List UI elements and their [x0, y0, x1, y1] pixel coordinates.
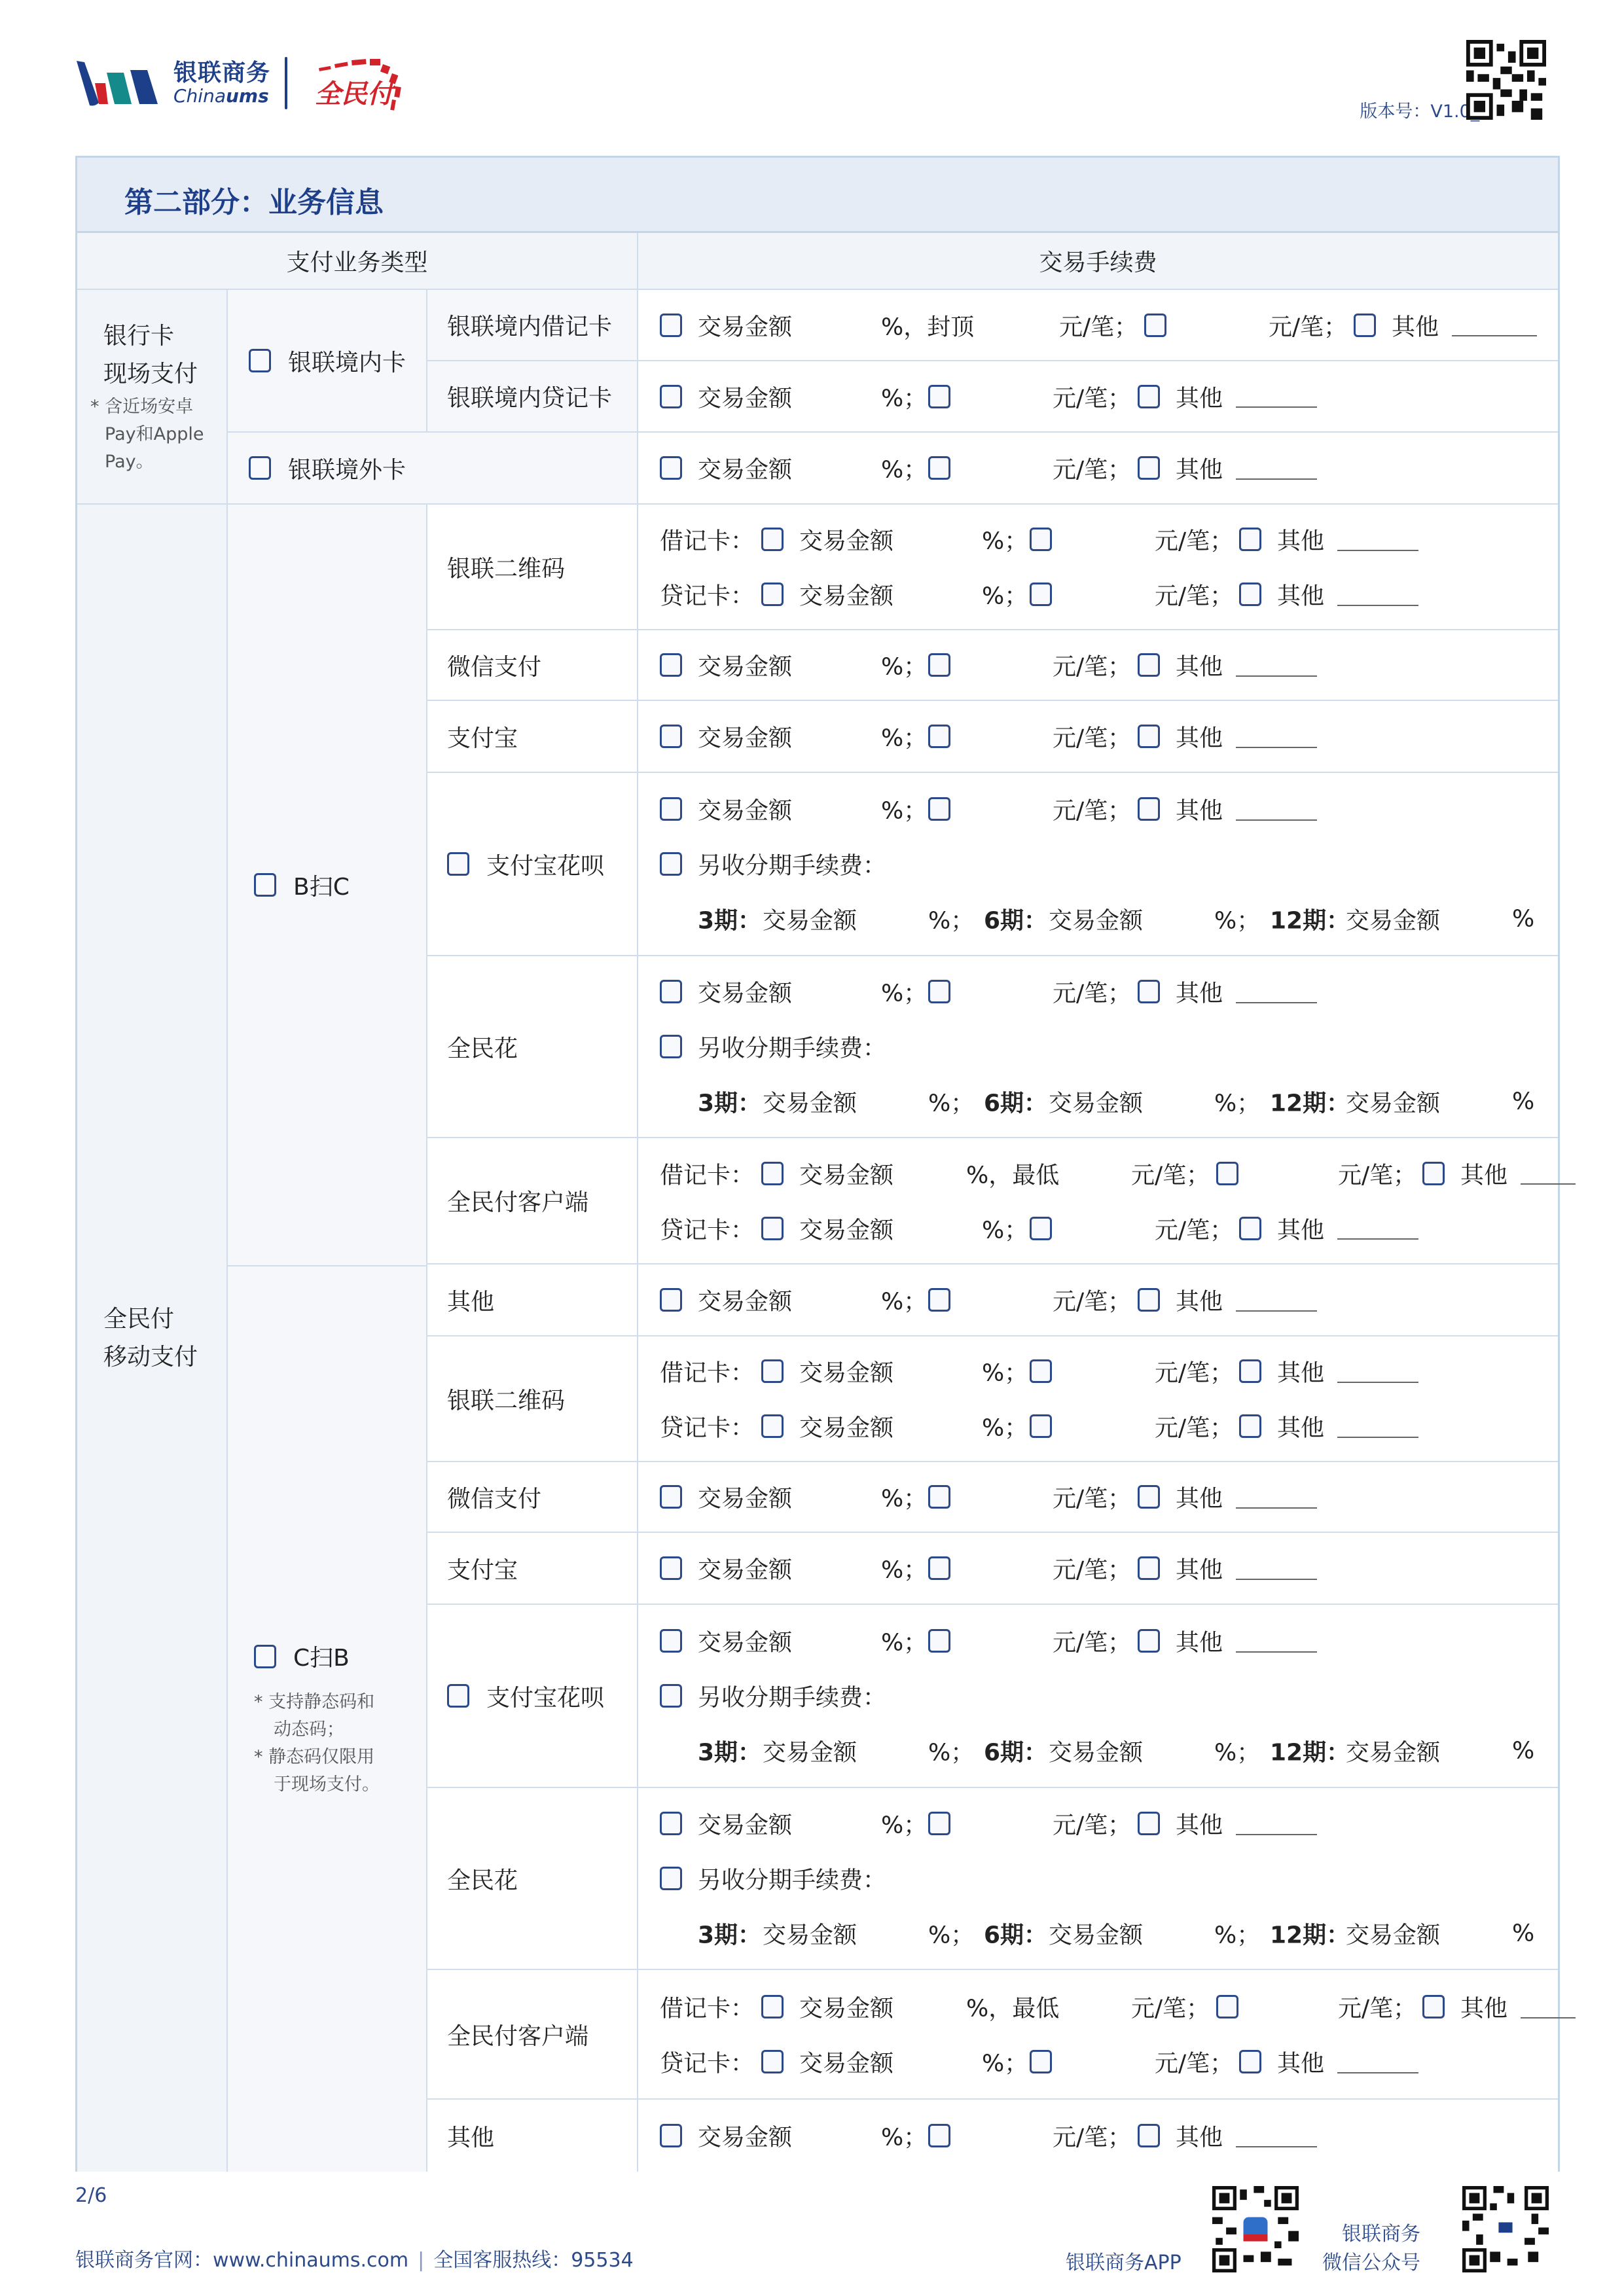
- fee-rate-checkbox[interactable]: [660, 797, 682, 821]
- c2b-quanminfu-app: 全民付客户端: [427, 1970, 638, 2100]
- fee-rate-checkbox[interactable]: [761, 1217, 784, 1240]
- fee-b2c-alipay-huabei: 交易金额 %； 元/笔； 其他 另收分期手续费： 3期： 交易金额 %； 6期：…: [638, 773, 1558, 956]
- c-scan-b-notes: * 支持静态码和 动态码； * 静态码仅限用 于现场支付。: [254, 1689, 380, 1799]
- category-bank-card: 银行卡 现场支付 * 含近场安卓Pay和ApplePay。: [77, 290, 228, 505]
- fee-rate-checkbox[interactable]: [761, 583, 784, 606]
- fee-other-checkbox[interactable]: [1422, 1995, 1445, 2018]
- other-blank[interactable]: [1337, 1382, 1418, 1383]
- fee-foreign-card: 交易金额 %； 元/笔； 其他: [638, 433, 1558, 505]
- fee-fixed-checkbox[interactable]: [928, 797, 950, 821]
- b2c-unionpay-qr: 银联二维码: [427, 505, 638, 630]
- other-blank[interactable]: [1521, 1183, 1576, 1185]
- fee-fixed-checkbox[interactable]: [1030, 1217, 1052, 1240]
- fee-fixed-checkbox[interactable]: [928, 980, 950, 1003]
- other-blank[interactable]: [1236, 1310, 1317, 1312]
- b2c-alipay: 支付宝: [427, 701, 638, 773]
- fee-rate-checkbox[interactable]: [660, 1812, 682, 1835]
- fee-other-checkbox[interactable]: [1239, 528, 1261, 551]
- fee-c2b-other: 交易金额 %； 元/笔； 其他: [638, 2100, 1558, 2172]
- c2b-alipay: 支付宝: [427, 1533, 638, 1605]
- fee-b2c-quanminfu-app: 借记卡： 交易金额 %，最低 元/笔； 元/笔； 其他 贷记卡： 交易金额 %；…: [638, 1138, 1558, 1265]
- fee-rate-checkbox[interactable]: [761, 1162, 784, 1185]
- fee-fixed-checkbox[interactable]: [928, 1288, 950, 1312]
- other-blank[interactable]: [1236, 1834, 1317, 1835]
- hotline: 全国客服热线：95534: [433, 2249, 633, 2272]
- website-link[interactable]: 银联商务官网：www.chinaums.com: [75, 2249, 408, 2272]
- b2c-other: 其他: [427, 1265, 638, 1336]
- fee-other-checkbox[interactable]: [1239, 583, 1261, 606]
- other-blank[interactable]: [1337, 2072, 1418, 2073]
- fee-other-checkbox[interactable]: [1239, 1359, 1261, 1383]
- fee-c2b-alipay: 交易金额 %； 元/笔； 其他: [638, 1533, 1558, 1605]
- installment-checkbox[interactable]: [660, 852, 682, 876]
- c2b-other: 其他: [427, 2100, 638, 2172]
- installment-checkbox[interactable]: [660, 1035, 682, 1058]
- other-blank[interactable]: [1236, 2146, 1317, 2147]
- fee-fixed-checkbox[interactable]: [928, 456, 950, 480]
- c2b-unionpay-qr: 银联二维码: [427, 1336, 638, 1462]
- fee-b2c-alipay: 交易金额 %； 元/笔； 其他: [638, 701, 1558, 773]
- fee-other-checkbox[interactable]: [1138, 1556, 1160, 1580]
- fee-rate-checkbox[interactable]: [660, 653, 682, 677]
- fee-fixed-checkbox[interactable]: [1030, 2050, 1052, 2073]
- installment-checkbox[interactable]: [660, 1684, 682, 1708]
- fee-fixed-checkbox[interactable]: [1216, 1995, 1238, 2018]
- other-blank[interactable]: [1236, 1002, 1317, 1003]
- option-c-scan-b[interactable]: C扫B * 支持静态码和 动态码； * 静态码仅限用 于现场支付。: [228, 1266, 427, 2172]
- other-blank[interactable]: [1236, 675, 1317, 677]
- fee-rate-checkbox[interactable]: [761, 1995, 784, 2018]
- fee-rate-checkbox[interactable]: [660, 1288, 682, 1312]
- other-blank[interactable]: [1236, 406, 1317, 408]
- brand-name-en: Chinaums: [173, 86, 270, 106]
- installment-checkbox[interactable]: [660, 1867, 682, 1890]
- fee-c2b-quanminhua: 交易金额 %； 元/笔； 其他 另收分期手续费： 3期： 交易金额 %； 6期：…: [638, 1788, 1558, 1970]
- fee-fixed-checkbox[interactable]: [928, 1812, 950, 1835]
- fee-other-checkbox[interactable]: [1422, 1162, 1445, 1185]
- fee-rate-checkbox[interactable]: [660, 1629, 682, 1653]
- fee-fixed-checkbox[interactable]: [1216, 1162, 1238, 1185]
- fee-domestic-debit: 交易金额 %，封顶 元/笔； 元/笔； 其他: [638, 290, 1558, 361]
- qr-code-icon: [1466, 39, 1546, 120]
- fee-c2b-wechat-pay: 交易金额 %； 元/笔； 其他: [638, 1462, 1558, 1533]
- checkbox[interactable]: [447, 852, 469, 876]
- label-domestic-debit: 银联境内借记卡: [427, 290, 638, 361]
- fee-rate-checkbox[interactable]: [660, 456, 682, 480]
- fee-rate-checkbox[interactable]: [761, 2050, 784, 2073]
- fee-rate-checkbox[interactable]: [761, 1414, 784, 1438]
- fee-b2c-other: 交易金额 %； 元/笔； 其他: [638, 1265, 1558, 1336]
- fee-fixed-checkbox[interactable]: [1030, 1359, 1052, 1383]
- fee-rate-checkbox[interactable]: [660, 314, 682, 337]
- footer-contact: 银联商务官网：www.chinaums.com|全国客服热线：95534: [75, 2244, 634, 2272]
- column-header-fee: 交易手续费: [638, 233, 1558, 290]
- other-blank[interactable]: [1337, 605, 1418, 606]
- fee-fixed-checkbox[interactable]: [928, 1629, 950, 1653]
- section-title-bar: 第二部分：业务信息: [77, 158, 1558, 233]
- fee-other-checkbox[interactable]: [1138, 385, 1160, 408]
- fee-c2b-alipay-huabei: 交易金额 %； 元/笔； 其他 另收分期手续费： 3期： 交易金额 %； 6期：…: [638, 1605, 1558, 1788]
- checkbox[interactable]: [447, 1684, 469, 1708]
- chinaums-logo: 银联商务 Chinaums 全民付: [75, 54, 430, 113]
- fee-rate-checkbox[interactable]: [761, 528, 784, 551]
- fee-other-checkbox[interactable]: [1138, 1812, 1160, 1835]
- other-blank[interactable]: [1337, 1238, 1418, 1240]
- c2b-quanminhua: 全民花: [427, 1788, 638, 1970]
- checkbox[interactable]: [249, 456, 271, 480]
- product-name: 全民付: [315, 73, 393, 111]
- fee-fixed-checkbox[interactable]: [1030, 528, 1052, 551]
- app-label: 银联商务APP: [1066, 2246, 1182, 2275]
- fee-other-checkbox[interactable]: [1138, 1629, 1160, 1653]
- fee-other-checkbox[interactable]: [1239, 1217, 1261, 1240]
- checkbox[interactable]: [254, 1645, 276, 1668]
- section-title: 第二部分：业务信息: [124, 179, 384, 221]
- category-mobile-payment: 全民付 移动支付: [77, 505, 228, 2172]
- b2c-alipay-huabei[interactable]: 支付宝花呗: [427, 773, 638, 956]
- fee-fixed-checkbox[interactable]: [1030, 583, 1052, 606]
- fee-other-checkbox[interactable]: [1138, 1288, 1160, 1312]
- b2c-wechat-pay: 微信支付: [427, 630, 638, 701]
- option-foreign-card[interactable]: 银联境外卡: [228, 433, 638, 505]
- fee-rate-checkbox[interactable]: [660, 385, 682, 408]
- b2c-quanminhua: 全民花: [427, 956, 638, 1138]
- other-blank[interactable]: [1337, 1437, 1418, 1438]
- other-blank[interactable]: [1236, 1651, 1317, 1653]
- c2b-wechat-pay: 微信支付: [427, 1462, 638, 1533]
- label-domestic-credit: 银联境内贷记卡: [427, 361, 638, 433]
- app-qr-code-icon: [1212, 2186, 1299, 2272]
- fee-rate-checkbox[interactable]: [660, 2124, 682, 2147]
- quanminfu-logo: 全民付: [306, 54, 430, 113]
- b2c-quanminfu-app: 全民付客户端: [427, 1138, 638, 1265]
- fee-other-checkbox[interactable]: [1239, 1414, 1261, 1438]
- other-blank[interactable]: [1236, 478, 1317, 480]
- fee-c2b-quanminfu-app: 借记卡： 交易金额 %，最低 元/笔； 元/笔； 其他 贷记卡： 交易金额 %；…: [638, 1970, 1558, 2100]
- fee-rate-checkbox[interactable]: [660, 725, 682, 748]
- fee-b2c-quanminhua: 交易金额 %； 元/笔； 其他 另收分期手续费： 3期： 交易金额 %； 6期：…: [638, 956, 1558, 1138]
- fee-fixed-checkbox[interactable]: [928, 385, 950, 408]
- fee-b2c-unionpay-qr: 借记卡： 交易金额 %； 元/笔； 其他 贷记卡： 交易金额 %； 元/笔； 其…: [638, 505, 1558, 630]
- other-blank[interactable]: [1337, 550, 1418, 551]
- page-number: 2/6: [75, 2184, 107, 2207]
- fee-other-checkbox[interactable]: [1138, 2124, 1160, 2147]
- fee-fixed-checkbox[interactable]: [1030, 1414, 1052, 1438]
- fee-other-checkbox[interactable]: [1138, 653, 1160, 677]
- option-domestic-card[interactable]: 银联境内卡: [228, 290, 427, 433]
- wechat-label: 银联商务 微信公众号: [1322, 2220, 1420, 2278]
- fee-rate-checkbox[interactable]: [660, 1485, 682, 1509]
- fee-rate-checkbox[interactable]: [660, 1556, 682, 1580]
- option-b-scan-c[interactable]: B扫C: [228, 505, 427, 1266]
- fee-c2b-unionpay-qr: 借记卡： 交易金额 %； 元/笔； 其他 贷记卡： 交易金额 %； 元/笔； 其…: [638, 1336, 1558, 1462]
- other-blank[interactable]: [1236, 1579, 1317, 1580]
- other-blank[interactable]: [1452, 335, 1537, 336]
- chinaums-logo-mark-icon: [75, 57, 167, 109]
- c2b-alipay-huabei[interactable]: 支付宝花呗: [427, 1605, 638, 1788]
- checkbox[interactable]: [254, 873, 276, 897]
- other-blank[interactable]: [1236, 747, 1317, 748]
- fee-other-checkbox[interactable]: [1138, 456, 1160, 480]
- business-info-form: 第二部分：业务信息 支付业务类型 交易手续费 银行卡 现场支付 * 含近场安卓P…: [75, 156, 1560, 2172]
- fee-rate-checkbox[interactable]: [761, 1359, 784, 1383]
- fee-fixed-checkbox[interactable]: [928, 653, 950, 677]
- wechat-qr-code-icon: [1462, 2186, 1549, 2272]
- fee-other-checkbox[interactable]: [1138, 797, 1160, 821]
- fee-other-checkbox[interactable]: [1239, 2050, 1261, 2073]
- fee-fixed-checkbox[interactable]: [928, 725, 950, 748]
- other-blank[interactable]: [1521, 2017, 1576, 2018]
- fee-other-checkbox[interactable]: [1138, 1485, 1160, 1509]
- other-blank[interactable]: [1236, 819, 1317, 821]
- fee-fixed-checkbox[interactable]: [1144, 314, 1166, 337]
- fee-fixed-checkbox[interactable]: [928, 2124, 950, 2147]
- fee-other-checkbox[interactable]: [1138, 980, 1160, 1003]
- column-header-type: 支付业务类型: [77, 233, 638, 290]
- fee-other-checkbox[interactable]: [1138, 725, 1160, 748]
- fee-fixed-checkbox[interactable]: [928, 1485, 950, 1509]
- brand-name-cn: 银联商务: [173, 60, 270, 86]
- fee-other-checkbox[interactable]: [1354, 314, 1376, 337]
- other-blank[interactable]: [1236, 1507, 1317, 1509]
- logo-divider: [285, 57, 287, 109]
- fee-fixed-checkbox[interactable]: [928, 1556, 950, 1580]
- fee-rate-checkbox[interactable]: [660, 980, 682, 1003]
- checkbox[interactable]: [249, 349, 271, 372]
- fee-b2c-wechat-pay: 交易金额 %； 元/笔； 其他: [638, 630, 1558, 701]
- fee-domestic-credit: 交易金额 %； 元/笔； 其他: [638, 361, 1558, 433]
